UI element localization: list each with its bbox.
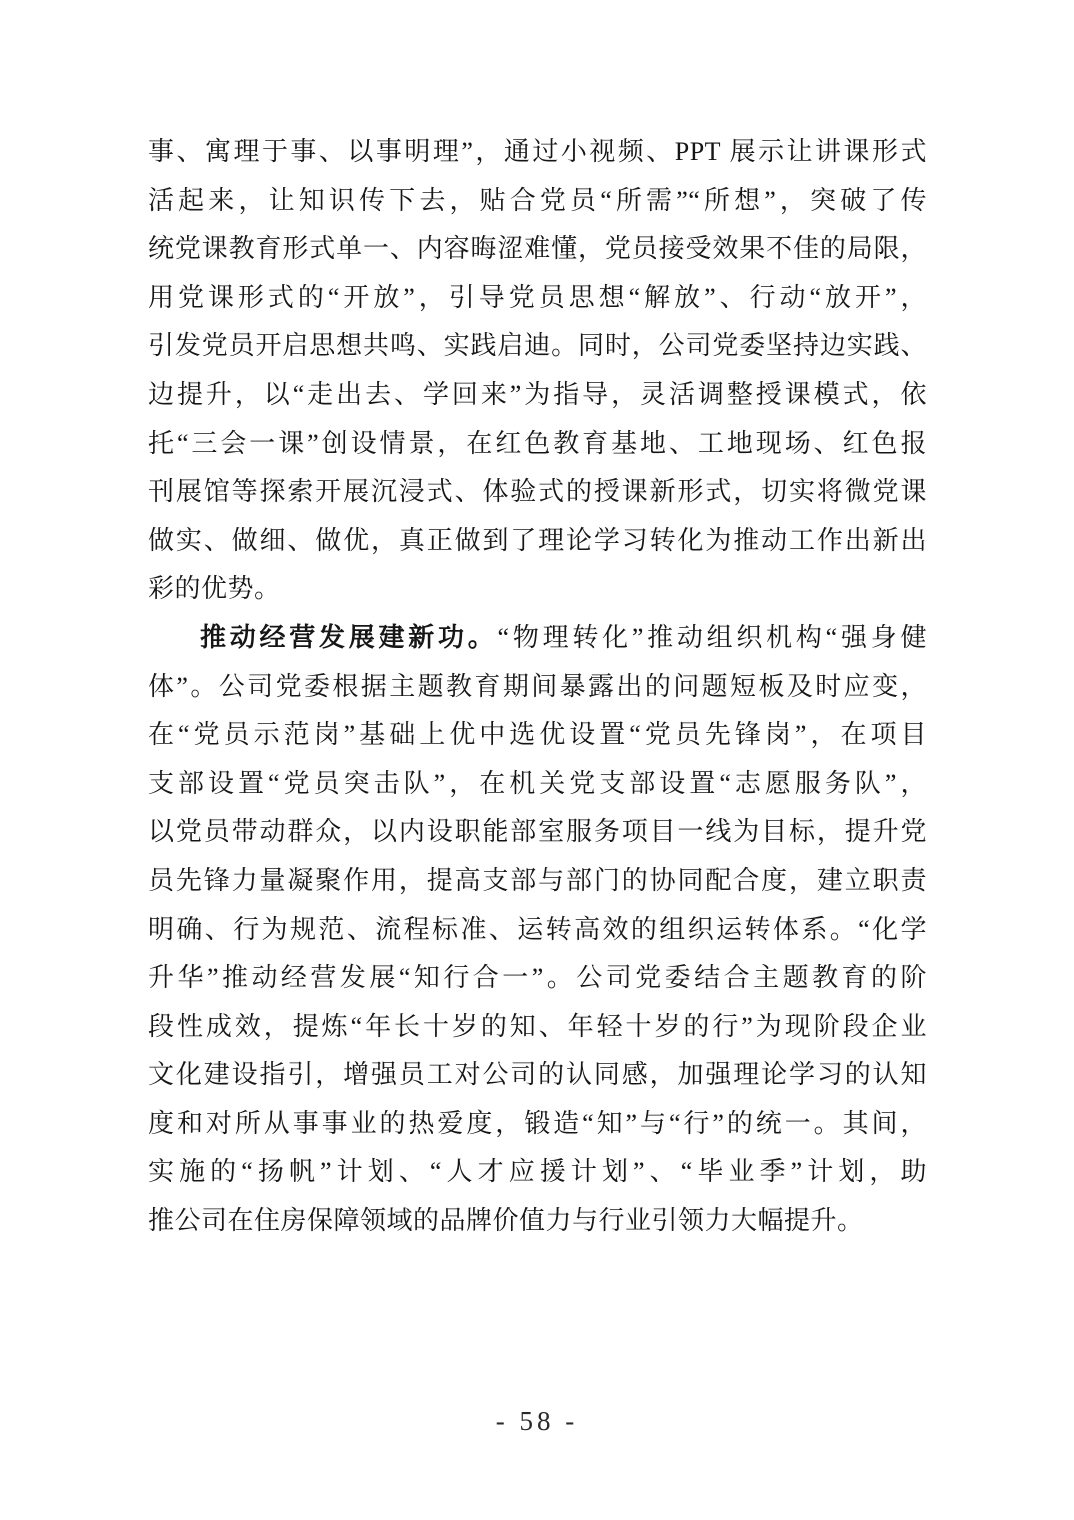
text-line: 升华”推动经营发展“知行合一”。公司党委结合主题教育的阶 [148, 954, 927, 1003]
document-body: 事、寓理于事、以事明理”，通过小视频、PPT 展示让讲课形式 活起来，让知识传下… [148, 128, 927, 1246]
text-line: 文化建设指引，增强员工对公司的认同感，加强理论学习的认知 [148, 1051, 927, 1100]
document-page: 事、寓理于事、以事明理”，通过小视频、PPT 展示让讲课形式 活起来，让知识传下… [0, 0, 1074, 1520]
text-line: 员先锋力量凝聚作用，提高支部与部门的协同配合度，建立职责 [148, 857, 927, 906]
text-line: 引发党员开启思想共鸣、实践启迪。同时，公司党委坚持边实践、 [148, 322, 927, 371]
paragraph2-first-line: 推动经营发展建新功。“物理转化”推动组织机构“强身健 [148, 614, 927, 663]
text-line: 统党课教育形式单一、内容晦涩难懂，党员接受效果不佳的局限， [148, 225, 927, 274]
page-number: - 58 - [0, 1406, 1074, 1437]
text-line: 实施的“扬帆”计划、“人才应援计划”、“毕业季”计划，助 [148, 1148, 927, 1197]
text-line: 刊展馆等探索开展沉浸式、体验式的授课新形式，切实将微党课 [148, 468, 927, 517]
text-line: 托“三会一课”创设情景，在红色教育基地、工地现场、红色报 [148, 420, 927, 469]
text-line: 明确、行为规范、流程标准、运转高效的组织运转体系。“化学 [148, 906, 927, 955]
text-line: 在“党员示范岗”基础上优中选优设置“党员先锋岗”，在项目 [148, 711, 927, 760]
text-line: 体”。公司党委根据主题教育期间暴露出的问题短板及时应变， [148, 663, 927, 712]
paragraph2-heading-rest: “物理转化”推动组织机构“强身健 [498, 623, 927, 652]
text-line: 做实、做细、做优，真正做到了理论学习转化为推动工作出新出 [148, 517, 927, 566]
text-line: 用党课形式的“开放”，引导党员思想“解放”、行动“放开”， [148, 274, 927, 323]
text-line: 活起来，让知识传下去，贴合党员“所需”“所想”，突破了传 [148, 177, 927, 226]
paragraph2-heading: 推动经营发展建新功。 [200, 623, 498, 652]
paragraph-end-line: 推公司在住房保障领域的品牌价值力与行业引领力大幅提升。 [148, 1197, 927, 1246]
text-line: 以党员带动群众，以内设职能部室服务项目一线为目标，提升党 [148, 808, 927, 857]
text-line: 支部设置“党员突击队”，在机关党支部设置“志愿服务队”， [148, 760, 927, 809]
text-line: 度和对所从事事业的热爱度，锻造“知”与“行”的统一。其间， [148, 1100, 927, 1149]
text-line: 段性成效，提炼“年长十岁的知、年轻十岁的行”为现阶段企业 [148, 1003, 927, 1052]
text-line: 边提升，以“走出去、学回来”为指导，灵活调整授课模式，依 [148, 371, 927, 420]
text-line: 事、寓理于事、以事明理”，通过小视频、PPT 展示让讲课形式 [148, 128, 927, 177]
paragraph-end-line: 彩的优势。 [148, 565, 927, 614]
